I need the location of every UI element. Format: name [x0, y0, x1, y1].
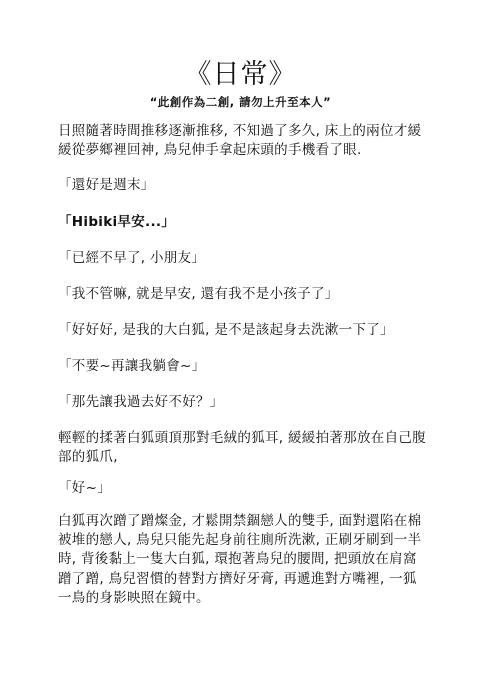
dialogue-line: 「我不管嘛, 就是早安, 還有我不是小孩子了」 [58, 285, 430, 304]
paragraph-opening: 日照隨著時間推移逐漸推移, 不知過了多久, 床上的兩位才緩緩從夢鄉裡回神, 鳥兒… [58, 122, 430, 160]
dialogue-line: 「還好是週末」 [58, 176, 430, 195]
paragraph-closing: 白狐再次蹭了蹭燦金, 才鬆開禁錮戀人的雙手, 面對還陷在棉被堆的戀人, 鳥兒只能… [58, 512, 430, 608]
dialogue-line: 「不要~再讓我躺會~」 [58, 357, 430, 376]
dialogue-line: 「Hibiki早安...」 [58, 213, 430, 232]
dialogue-line: 「已經不早了, 小朋友」 [58, 249, 430, 268]
dialogue-line: 「好好好, 是我的大白狐, 是不是該起身去洗漱一下了」 [58, 321, 430, 340]
paragraph-narration: 輕輕的揉著白狐頭頂那對毛絨的狐耳, 緩緩拍著那放在自己腹部的狐爪, [58, 429, 430, 467]
dialogue-line: 「那先讓我過去好不好？」 [58, 393, 430, 412]
document-subtitle: “此創作為二創, 請勿上升至本人” [0, 94, 481, 110]
document-title: 《日常》 [0, 58, 481, 92]
dialogue-line: 「好~」 [58, 479, 430, 498]
